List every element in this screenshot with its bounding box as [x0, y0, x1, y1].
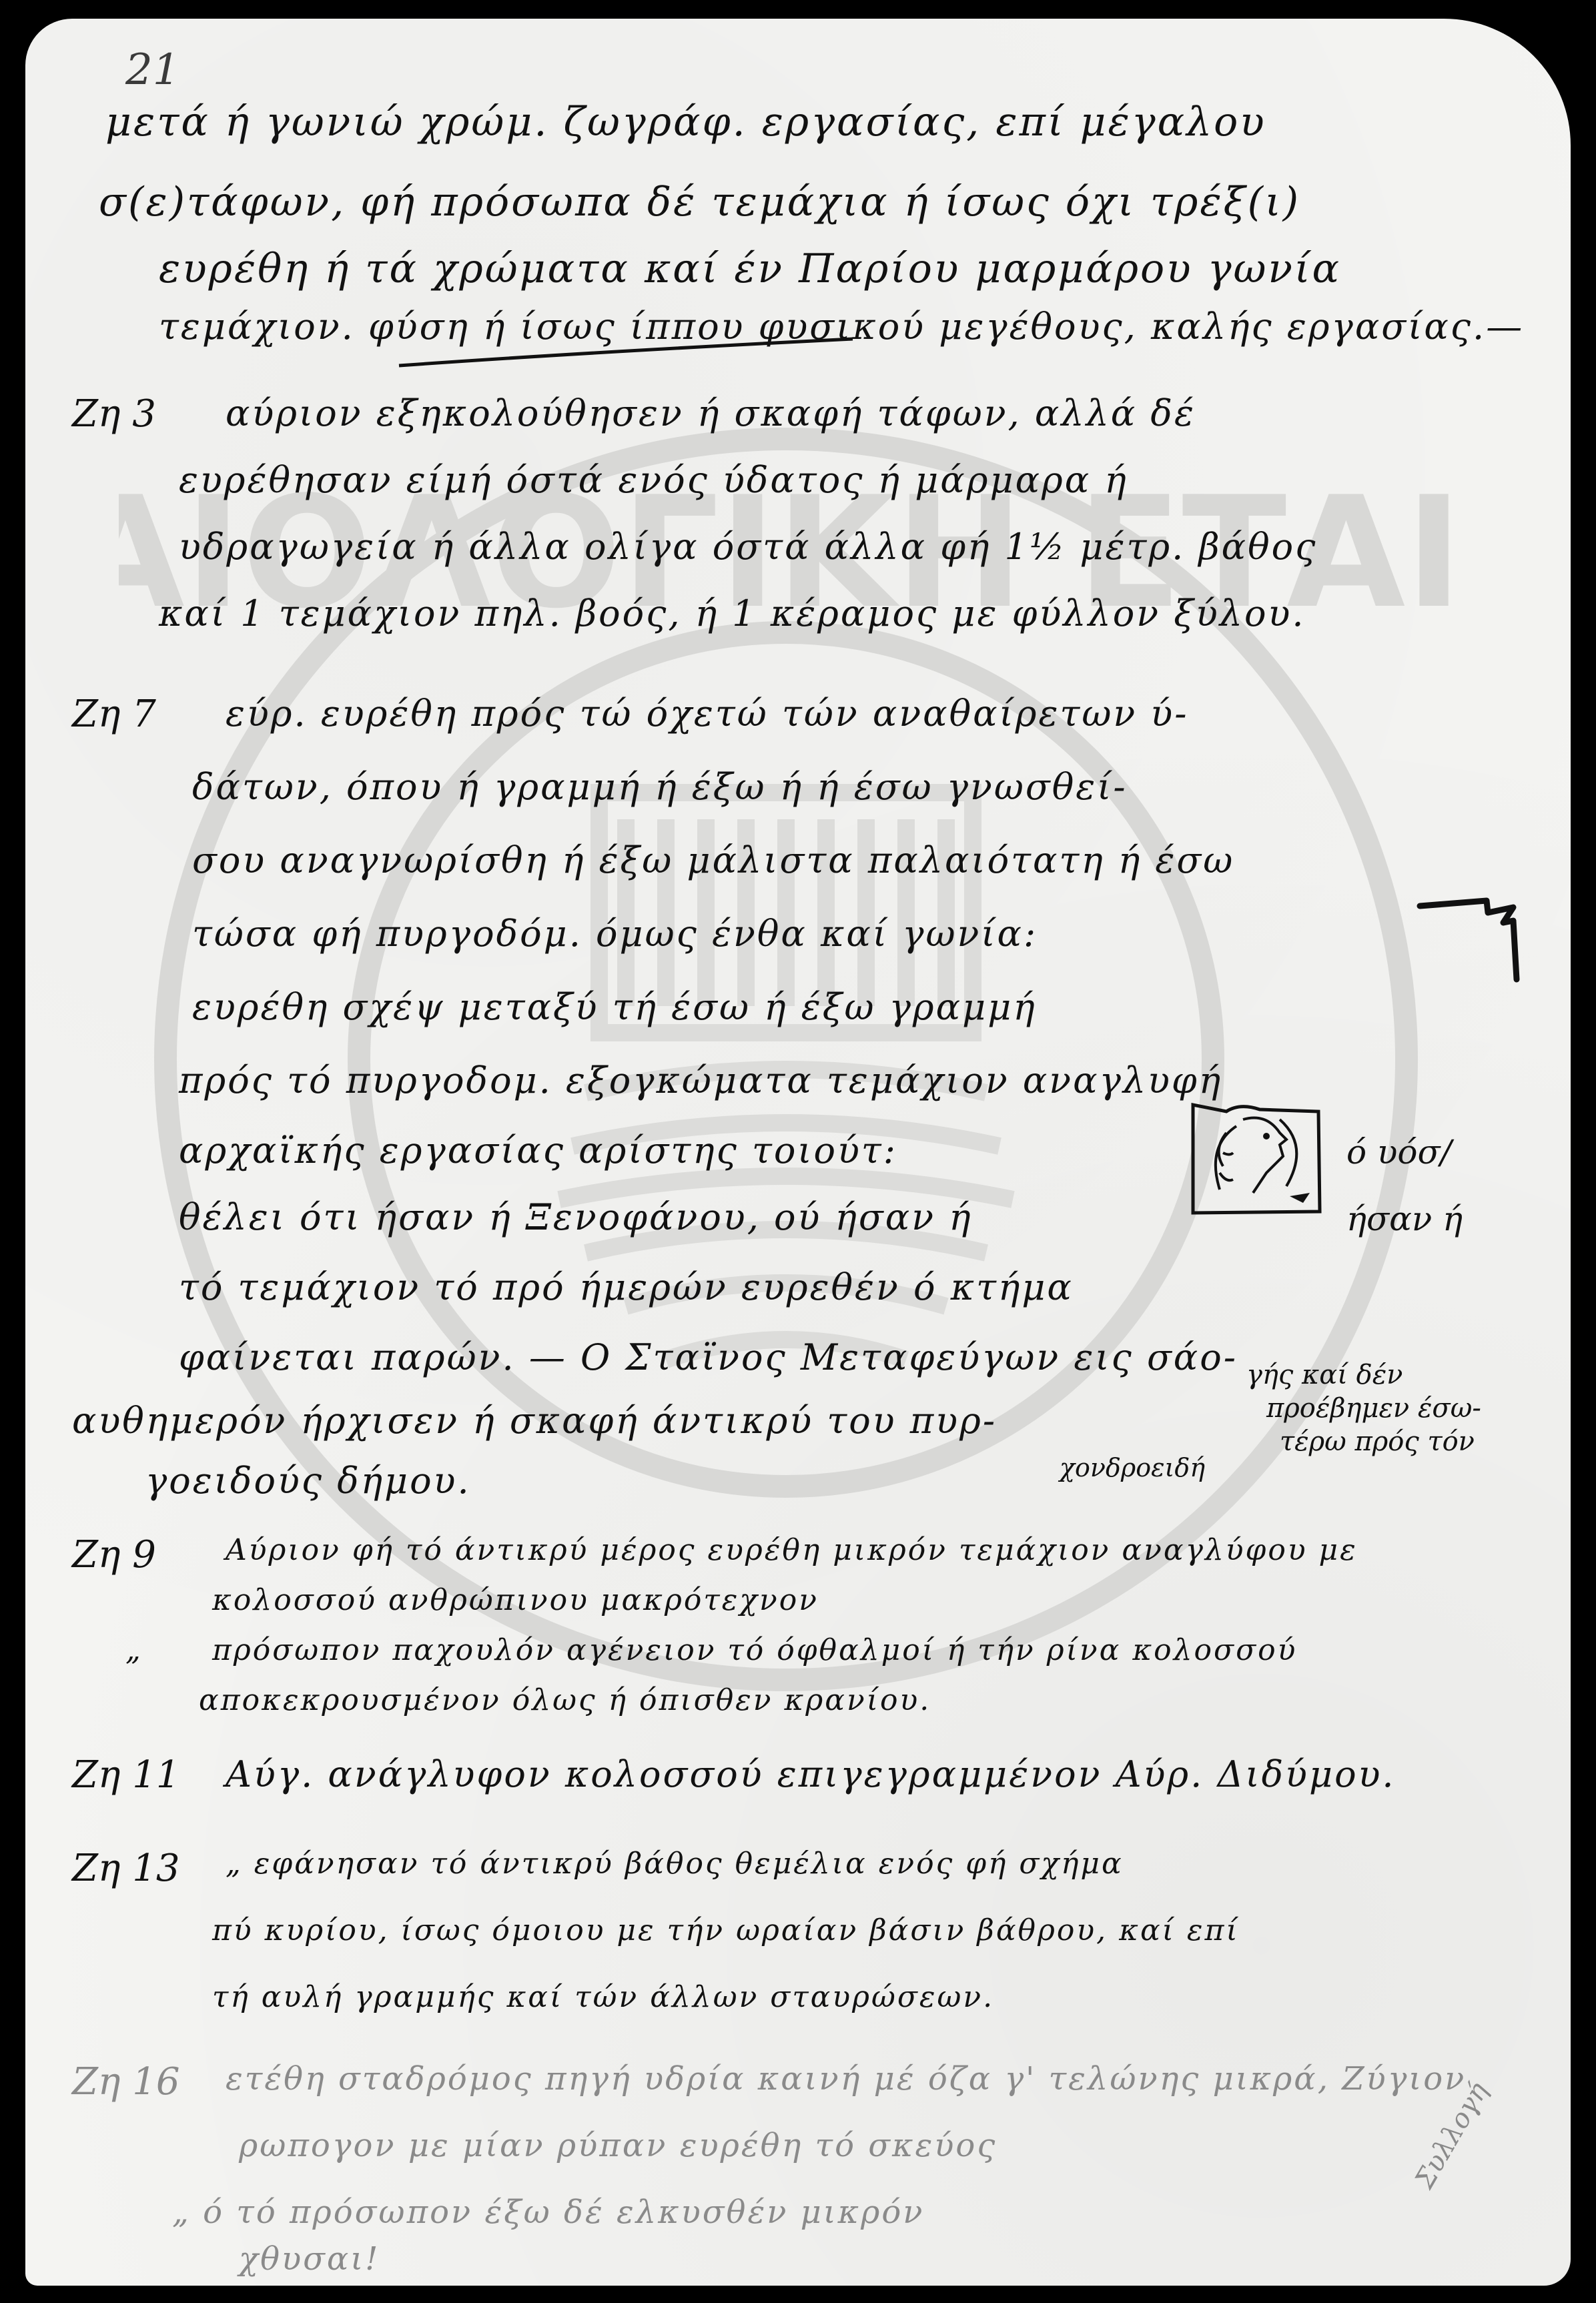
text-line: αρχαϊκής εργασίας αρίστης τοιούτ:: [179, 1129, 897, 1172]
text-line: „ εφάνησαν τό άντικρύ βάθος θεμέλια ενός…: [226, 1847, 1124, 1881]
margin-note-line: προέβημεν έσω-: [1266, 1393, 1481, 1424]
entry-date-marker: Ζη 11: [72, 1753, 180, 1797]
text-line: ευρέθησαν είμή όστά ενός ύδατος ή μάρμαρ…: [179, 459, 1128, 501]
text-line: κολοσσού ανθρώπινου μακρότεχνον: [212, 1583, 819, 1617]
interlinear-note: χονδροειδή: [1060, 1453, 1205, 1482]
text-line: σου αναγνωρίσθη ή έξω μάλιστα παλαιότατη…: [192, 839, 1234, 881]
entry-date-marker: Ζη 9: [72, 1533, 156, 1576]
text-line: πύ κυρίου, ίσως όμοιου με τήν ωραίαν βάσ…: [212, 1913, 1240, 1947]
margin-note-line: τέρω πρός τόν: [1280, 1426, 1475, 1457]
text-line: αύριον εξηκολούθησεν ή σκαφή τάφων, αλλά…: [226, 392, 1196, 434]
entry-date-marker: Ζη 13: [72, 1847, 180, 1890]
manuscript-page: ΑΡΧΑΙΟΛΟΓΙΚΗ ΕΤΑΙΡΕΙΑ 21 μετά ή γωνιώ χρ…: [25, 19, 1571, 2286]
pencil-text-line: „ ό τό πρόσωπον έξω δέ ελκυσθέν μικρόν: [172, 2194, 924, 2231]
text-line: φαίνεται παρών. — Ο Σταϊνος Μεταφεύγων ε…: [179, 1336, 1238, 1378]
text-line: ευρέθη σχέψ μεταξύ τή έσω ή έξω γραμμή: [192, 986, 1037, 1028]
text-line: αυθημερόν ήρχισεν ή σκαφή άντικρύ του πυ…: [72, 1400, 997, 1442]
text-line: τό τεμάχιον τό πρό ήμερών ευρεθέν ό κτήμ…: [179, 1266, 1074, 1308]
entry-date-marker: Ζη 7: [72, 693, 156, 736]
pencil-text-line: ετέθη σταδρόμος πηγή υδρία καινή μέ όζα …: [226, 2060, 1466, 2098]
text-line: υδραγωγεία ή άλλα ολίγα όστά άλλα φή 1½ …: [179, 526, 1317, 568]
margin-note-line: γής καί δέν: [1246, 1360, 1403, 1390]
sketch-label: ήσαν ή: [1346, 1200, 1463, 1238]
text-line: Αύριον φή τό άντικρύ μέρος ευρέθη μικρόν…: [226, 1533, 1358, 1567]
text-line: τώσα φή πυργοδόμ. όμως ένθα καί γωνία:: [192, 913, 1038, 955]
relief-head-sketch: [1186, 1099, 1326, 1220]
text-line: εύρ. ευρέθη πρός τώ όχετώ τών αναθαίρετω…: [226, 693, 1188, 735]
text-line: πρός τό πυργοδομ. εξογκώματα τεμάχιον αν…: [179, 1059, 1222, 1101]
underline-stroke: [386, 332, 866, 372]
ditto-mark: „: [125, 1633, 141, 1667]
entry-date-marker: Ζη 16: [72, 2060, 180, 2104]
text-line: γοειδούς δήμου.: [145, 1460, 471, 1502]
text-line: Αύγ. ανάγλυφον κολοσσού επιγεγραμμένον Α…: [226, 1753, 1396, 1795]
text-line: μετά ή γωνιώ χρώμ. ζωγράφ. εργασίας, επί…: [105, 99, 1266, 145]
text-line: καί 1 τεμάχιον πηλ. βοός, ή 1 κέραμος με…: [159, 592, 1306, 634]
text-line: σ(ε)τάφων, φή πρόσωπα δέ τεμάχια ή ίσως …: [99, 179, 1300, 225]
sketch-label: ό υόσ/: [1346, 1133, 1451, 1172]
corner-wall-sketch: [1413, 886, 1533, 993]
text-line: τή αυλή γραμμής καί τών άλλων σταυρώσεων…: [212, 1980, 994, 2014]
text-line: πρόσωπον παχουλόν αγένειον τό όφθαλμοί ή…: [212, 1633, 1297, 1667]
folio-number: 21: [125, 45, 179, 95]
text-line: δάτων, όπου ή γραμμή ή έξω ή ή έσω γνωσθ…: [192, 766, 1128, 808]
pencil-text-line: χθυσαι!: [239, 2240, 380, 2278]
text-line: ευρέθη ή τά χρώματα καί έν Παρίου μαρμάρ…: [159, 246, 1341, 292]
entry-date-marker: Ζη 3: [72, 392, 156, 436]
pencil-text-line: ρωπογον με μίαν ρύπαν ευρέθη τό σκεύος: [239, 2127, 997, 2164]
text-line: θέλει ότι ήσαν ή Ξενοφάνου, ού ήσαν ή: [179, 1196, 973, 1238]
text-line: αποκεκρουσμένον όλως ή όπισθεν κρανίου.: [199, 1683, 931, 1717]
